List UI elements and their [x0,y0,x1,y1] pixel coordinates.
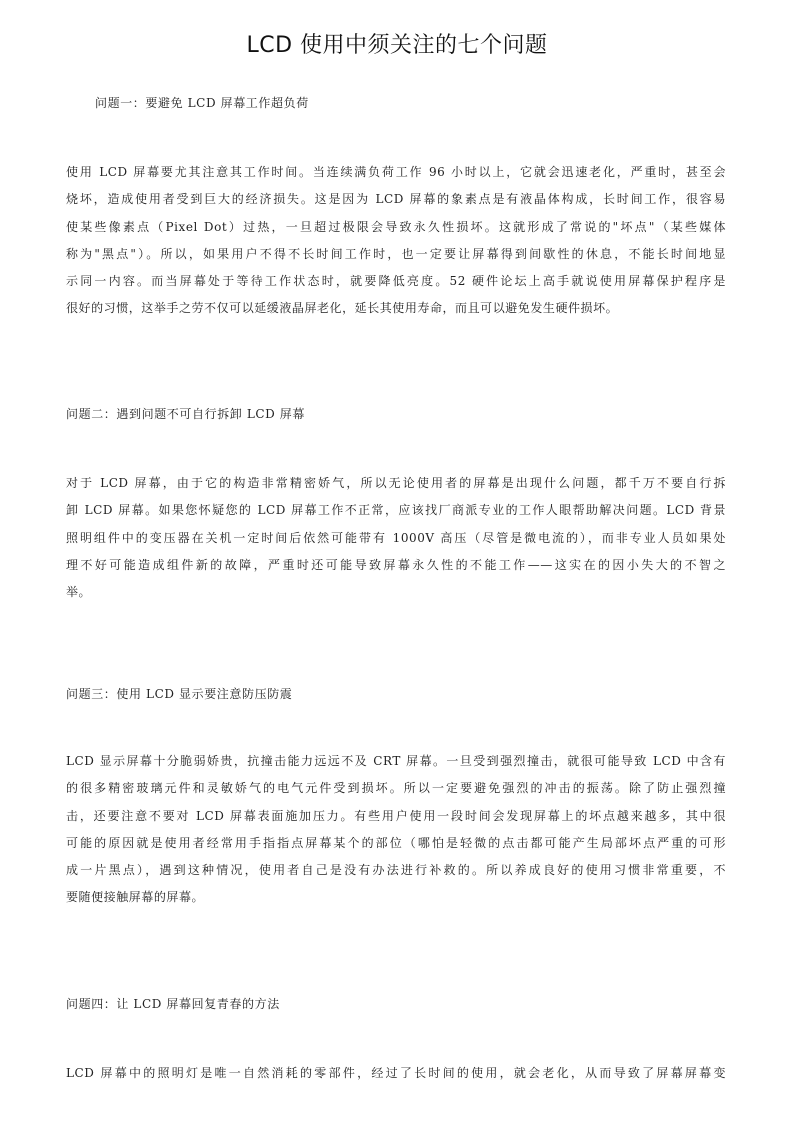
paragraph-line: 理不好可能造成组件新的故障，严重时还可能导致屏幕永久性的不能工作——这实在的因小… [66,555,726,582]
paragraph-line: 使用 LCD 屏幕要尤其注意其工作时间。当连续满负荷工作 96 小时以上，它就会… [66,162,726,189]
paragraph-line: 击，还要注意不要对 LCD 屏幕表面施加压力。有些用户使用一段时间会发现屏幕上的… [66,806,726,833]
paragraph-line: 示同一内容。而当屏幕处于等待工作状态时，就要降低亮度。52 硬件论坛上高手就说使… [66,271,726,298]
paragraph-line: 的很多精密玻璃元件和灵敏娇气的电气元件受到损坏。所以一定要避免强烈的冲击的振荡。… [66,778,726,805]
section-paragraph-4: LCD 屏幕中的照明灯是唯一自然消耗的零部件，经过了长时间的使用，就会老化，从而… [66,1063,726,1090]
paragraph-line: 要随便接触屏幕的屏幕。 [66,887,726,914]
paragraph-line: 对于 LCD 屏幕，由于它的构造非常精密娇气，所以无论使用者的屏幕是出现什么问题… [66,473,726,500]
paragraph-line: 烧坏，造成使用者受到巨大的经济损失。这是因为 LCD 屏幕的象素点是有液晶体构成… [66,189,726,216]
document-page: LCD 使用中须关注的七个问题 问题一：要避免 LCD 屏幕工作超负荷 使用 L… [0,0,794,1123]
paragraph-line: 照明组件中的变压器在关机一定时间后依然可能带有 1000V 高压（尽管是微电流的… [66,528,726,555]
document-title: LCD 使用中须关注的七个问题 [0,31,794,61]
paragraph-line: 卸 LCD 屏幕。如果您怀疑您的 LCD 屏幕工作不正常，应该找厂商派专业的工作… [66,500,726,527]
paragraph-line: LCD 显示屏幕十分脆弱娇贵，抗撞击能力远远不及 CRT 屏幕。一旦受到强烈撞击… [66,751,726,778]
paragraph-line: 成一片黑点），遇到这种情况，使用者自己是没有办法进行补救的。所以养成良好的使用习… [66,860,726,887]
section-heading-2: 问题二：遇到问题不可自行拆卸 LCD 屏幕 [66,404,726,424]
section-paragraph-1: 使用 LCD 屏幕要尤其注意其工作时间。当连续满负荷工作 96 小时以上，它就会… [66,162,726,326]
paragraph-line: 称为"黑点"）。所以，如果用户不得不长时间工作时，也一定要让屏幕得到间歇性的休息… [66,244,726,271]
section-heading-1: 问题一：要避免 LCD 屏幕工作超负荷 [95,93,755,113]
section-heading-3: 问题三：使用 LCD 显示要注意防压防震 [66,684,726,704]
paragraph-line: 可能的原因就是使用者经常用手指指点屏幕某个的部位（哪怕是轻微的点击都可能产生局部… [66,833,726,860]
paragraph-line: 很好的习惯，这举手之劳不仅可以延缓液晶屏老化，延长其使用寿命，而且可以避免发生硬… [66,298,726,325]
paragraph-line: 使某些像素点（Pixel Dot）过热，一旦超过极限会导致永久性损坏。这就形成了… [66,217,726,244]
section-paragraph-3: LCD 显示屏幕十分脆弱娇贵，抗撞击能力远远不及 CRT 屏幕。一旦受到强烈撞击… [66,751,726,915]
paragraph-line: 举。 [66,582,726,609]
paragraph-line: LCD 屏幕中的照明灯是唯一自然消耗的零部件，经过了长时间的使用，就会老化，从而… [66,1063,726,1090]
section-heading-4: 问题四：让 LCD 屏幕回复青春的方法 [66,994,726,1014]
section-paragraph-2: 对于 LCD 屏幕，由于它的构造非常精密娇气，所以无论使用者的屏幕是出现什么问题… [66,473,726,609]
